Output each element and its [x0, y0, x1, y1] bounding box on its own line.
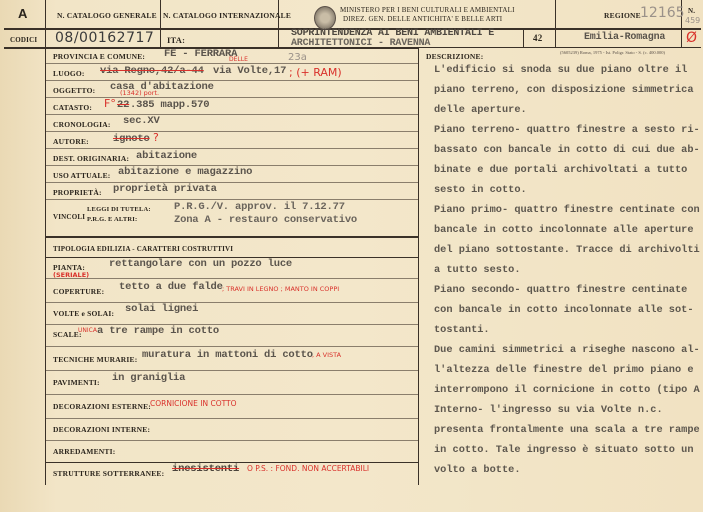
- description-line: interrompono il cornicione in cotto (tip…: [434, 380, 700, 400]
- codes-label: CODICI: [10, 36, 37, 44]
- ministry-line-2: DIREZ. GEN. DELLE ANTICHITA' E BELLE ART…: [343, 15, 502, 23]
- description-line: l'altezza delle finestre del primo piano…: [434, 360, 700, 380]
- italian-republic-emblem-icon: [314, 6, 336, 30]
- header-col-divider-2: [278, 0, 279, 47]
- coperture-value: tetto a due falde: [119, 281, 223, 293]
- description-line: piano terreno, con disposizione simmetri…: [434, 80, 700, 100]
- scale-value: a tre rampe in cotto: [97, 325, 219, 337]
- catasto-value: .385 mapp.570: [130, 99, 209, 111]
- soprintendenza-code: 42: [533, 33, 542, 43]
- description-line: Piano primo- quattro finestre centinate …: [434, 200, 700, 220]
- header-col-divider-3: [523, 28, 524, 47]
- description-line: L'edificio si snoda su due piano oltre i…: [434, 60, 700, 80]
- pavimenti-value: in graniglia: [112, 372, 185, 384]
- strutture-sotterranee-label: STRUTTURE SOTTERRANEE:: [53, 469, 164, 478]
- form-description-divider: [418, 47, 419, 485]
- autore-label: AUTORE:: [53, 137, 89, 146]
- decorazioni-esterne-label: DECORAZIONI ESTERNE:: [53, 402, 151, 411]
- ministry-line-1: MINISTERO PER I BENI CULTURALI E AMBIENT…: [340, 6, 515, 14]
- provincia-label: PROVINCIA E COMUNE:: [53, 52, 145, 61]
- number-label: N.: [688, 7, 695, 15]
- header-col-divider-4: [555, 0, 556, 47]
- description-line: a tutto sesto.: [434, 260, 700, 280]
- description-line: binate e due portali archivoltati a tutt…: [434, 160, 700, 180]
- description-line: Piano terreno- quattro finestre a sesto …: [434, 120, 700, 140]
- autore-note-red: ?: [153, 131, 159, 144]
- strutture-sotterranee-note-red: O P.S. : FOND. NON ACCERTABILI: [247, 464, 369, 473]
- description-line: bancale in cotto incolonnate alle apertu…: [434, 220, 700, 240]
- coperture-label: COPERTURE:: [53, 287, 104, 296]
- leggi-tutela-label: LEGGI DI TUTELA:: [87, 206, 151, 213]
- prg-value: Zona A - restauro conservativo: [174, 214, 357, 226]
- description-line: Piano secondo- quattro finestre centinat…: [434, 280, 700, 300]
- dest-originaria-value: abitazione: [136, 150, 197, 162]
- description-line: tostanti.: [434, 320, 700, 340]
- luogo-note-number: 23a: [288, 52, 307, 63]
- description-line: Interno- l'ingresso su via Volte n.c.: [434, 400, 700, 420]
- volte-solai-label: VOLTE e SOLAI:: [53, 309, 114, 318]
- region-value: Emilia-Romagna: [584, 32, 665, 43]
- luogo-value: via Volte,17: [213, 65, 286, 77]
- arredamenti-label: ARREDAMENTI:: [53, 447, 115, 456]
- decorazioni-interne-label: DECORAZIONI INTERNE:: [53, 425, 150, 434]
- dest-originaria-label: DEST. ORIGINARIA:: [53, 154, 129, 163]
- proprieta-label: PROPRIETÀ:: [53, 188, 102, 197]
- description-line: sesto in cotto.: [434, 180, 700, 200]
- pianta-value: rettangolare con un pozzo luce: [109, 258, 292, 270]
- description-text: L'edificio si snoda su due piano oltre i…: [434, 60, 700, 480]
- luogo-note-above: DELLE: [229, 56, 248, 63]
- provincia-value: FE - FERRARA: [164, 48, 237, 60]
- pavimenti-label: PAVIMENTI:: [53, 378, 100, 387]
- volte-solai-value: solai lignei: [125, 303, 198, 315]
- proprieta-value: proprietà privata: [113, 183, 217, 195]
- tecniche-murarie-note-red: , A VISTA: [312, 351, 341, 359]
- cronologia-label: CRONOLOGIA:: [53, 120, 111, 129]
- oggetto-label: OGGETTO:: [53, 86, 95, 95]
- leggi-tutela-value: P.R.G./V. approv. il 7.12.77: [174, 201, 345, 213]
- catalog-general-value: 08/00162717: [55, 30, 154, 46]
- decorazioni-esterne-note-red: CORNICIONE IN COTTO: [150, 399, 237, 408]
- soprintendenza-line-2: ARCHITETTONICI - RAVENNA: [291, 38, 430, 49]
- description-line: presenta frontalmente una scala a tre ra…: [434, 420, 700, 440]
- catasto-struck: 22: [117, 99, 129, 111]
- catalog-general-label: N. CATALOGO GENERALE: [57, 11, 157, 20]
- vincoli-label: VINCOLI: [53, 213, 85, 221]
- header-col-divider-1: [160, 0, 161, 47]
- catasto-label: CATASTO:: [53, 103, 92, 112]
- description-line: delle aperture.: [434, 100, 700, 120]
- catalog-intl-value: ITA:: [167, 35, 185, 45]
- pianta-note-red: (SERIALE): [53, 271, 89, 279]
- description-line: bassato con bancale in cotto di cui due …: [434, 140, 700, 160]
- catalog-intl-label: N. CATALOGO INTERNAZIONALE: [163, 11, 291, 20]
- header-bottom-right: [418, 47, 701, 48]
- description-line: con bancale in cotto incolonnate alle so…: [434, 300, 700, 320]
- uso-attuale-value: abitazione e magazzino: [118, 166, 252, 178]
- description-line: Due camini simmetrici a riseghe nascono …: [434, 340, 700, 360]
- luogo-note-red: ; (+ RAM): [289, 66, 342, 79]
- catasto-note-red: (1342) port.: [120, 89, 159, 97]
- number-mark: Ø: [686, 30, 697, 46]
- region-handwritten-code: 12165: [640, 5, 685, 21]
- description-line: in cotto. Tale ingresso è situato sotto …: [434, 440, 700, 460]
- tipologia-section-label: TIPOLOGIA EDILIZIA - CARATTERI COSTRUTTI…: [53, 245, 233, 253]
- description-line: volto a botte.: [434, 460, 700, 480]
- codes-column-border: [45, 0, 46, 485]
- catasto-prefix: F°: [104, 97, 116, 110]
- region-label: REGIONE: [604, 11, 641, 20]
- printer-note: (5605239) Roma, 1975 - Ist. Poligr. Stat…: [560, 50, 665, 55]
- scale-note-red: UNICA: [78, 327, 97, 334]
- cronologia-value: sec.XV: [123, 115, 160, 127]
- prg-label: P.R.G. E ALTRI:: [87, 216, 137, 223]
- number-handwritten: 459: [685, 16, 700, 25]
- tecniche-murarie-value: muratura in mattoni di cotto: [142, 349, 313, 361]
- luogo-struck-address: via Regno,42/a-44: [100, 65, 204, 77]
- description-line: del piano sottostante. Tracce di archivo…: [434, 240, 700, 260]
- tecniche-murarie-label: TECNICHE MURARIE:: [53, 355, 137, 364]
- autore-value: ignoto: [113, 133, 150, 145]
- series-letter: A: [18, 6, 27, 21]
- strutture-sotterranee-struck: inesistenti: [172, 463, 239, 475]
- uso-attuale-label: USO ATTUALE:: [53, 171, 110, 180]
- coperture-note-red: ; TRAVI IN LEGNO ; MANTO IN COPPI: [222, 285, 339, 293]
- luogo-label: LUOGO:: [53, 69, 85, 78]
